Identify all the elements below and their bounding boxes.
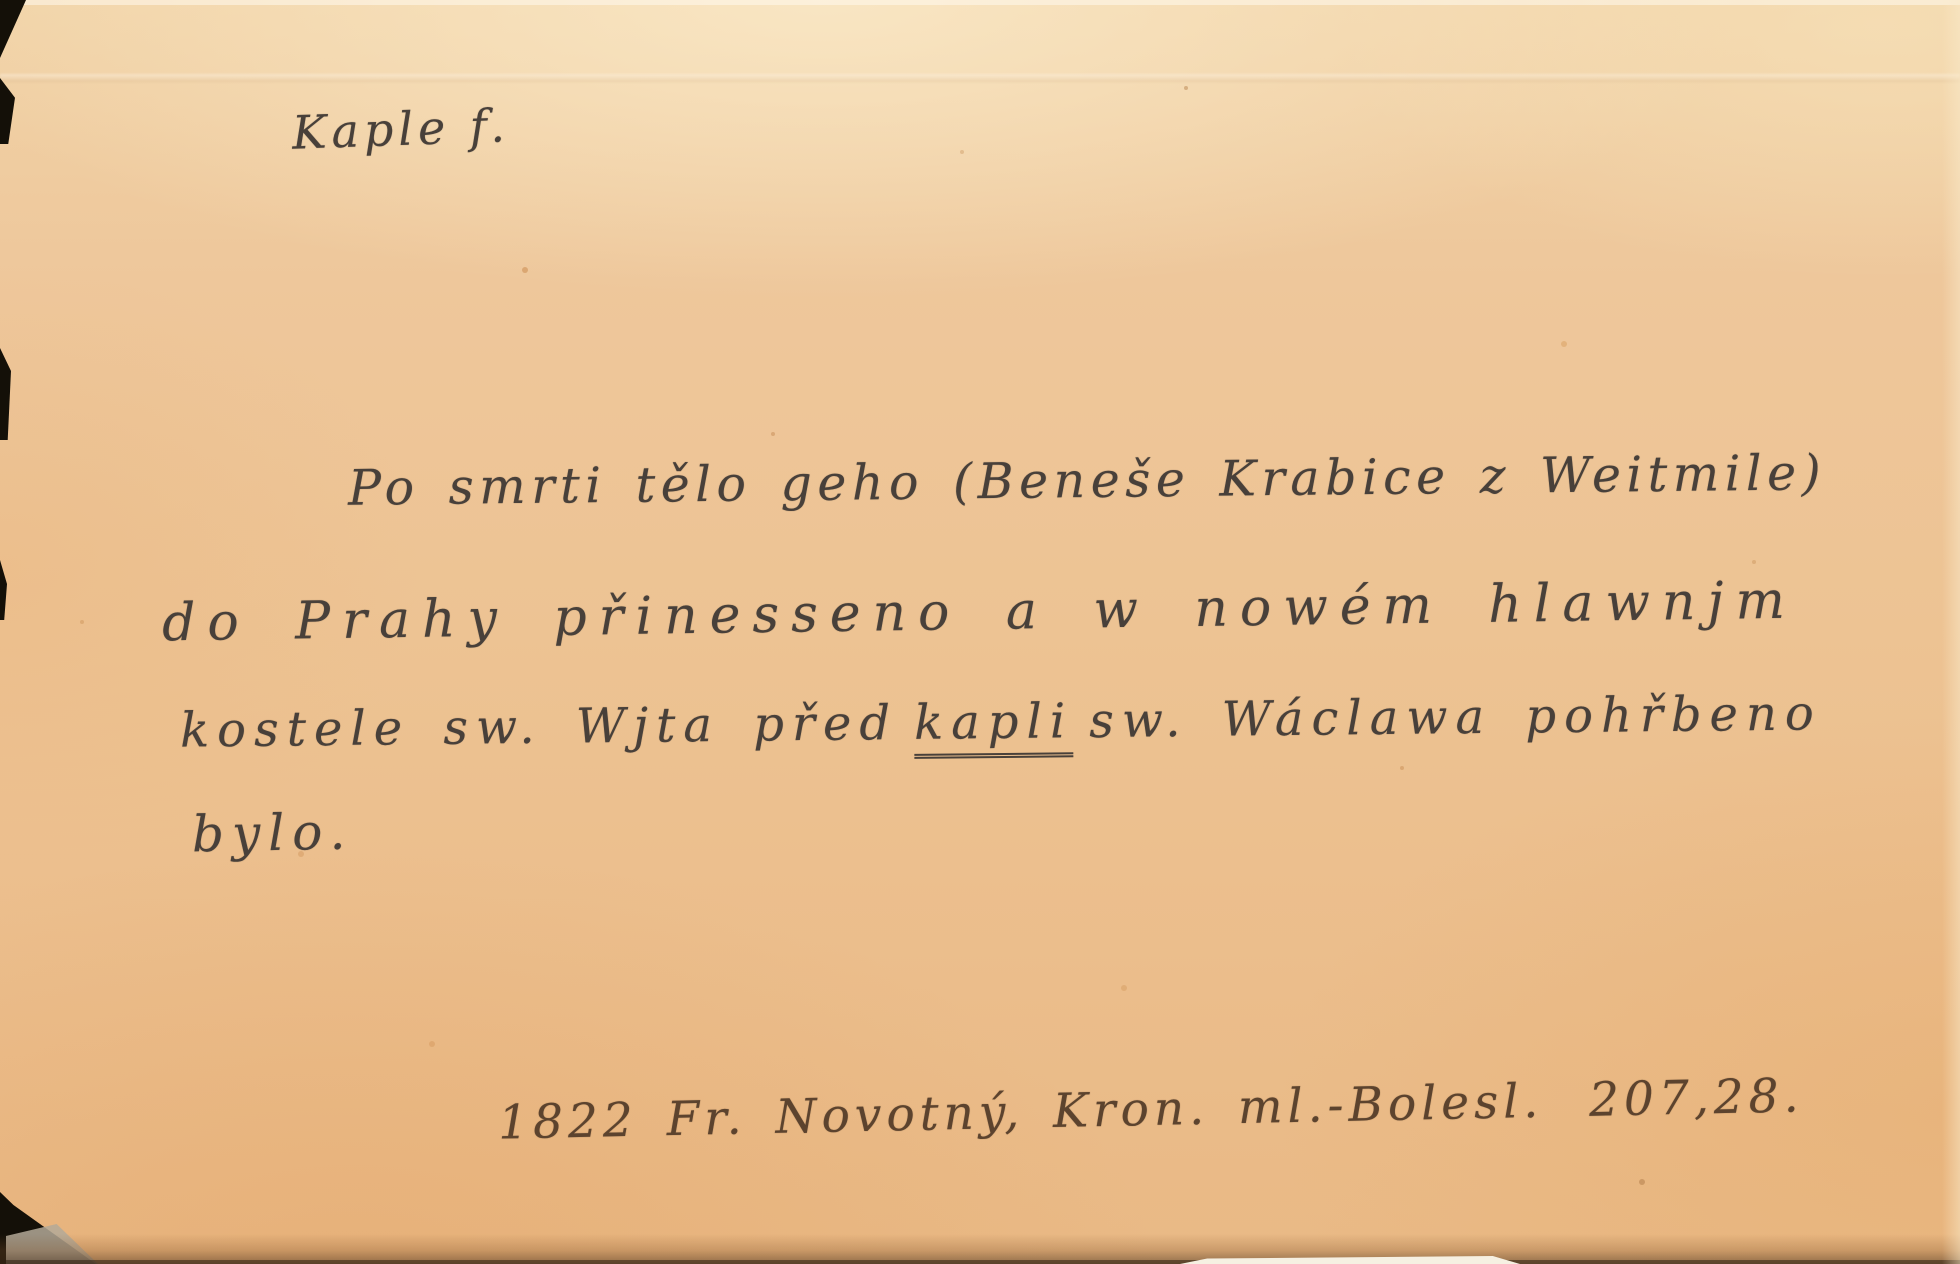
body-line-3-after: sw. Wáclawa pohřbeno: [1089, 685, 1822, 749]
scan-nick-left-1: [0, 78, 15, 144]
paper-top-edge: [0, 0, 1960, 5]
citation-source: 1822 Fr. Novotný, Kron. ml.-Bolesl.: [498, 1074, 1544, 1151]
scan-nick-left-2: [0, 348, 11, 440]
index-card: Kaple f. Po smrti tělo geho (Beneše Krab…: [0, 0, 1960, 1264]
scan-nick-top-left: [0, 0, 26, 58]
body-line-2: do Prahy přinesseno a w nowém hlawnjm: [162, 571, 1798, 654]
scanned-card: Kaple f. Po smrti tělo geho (Beneše Krab…: [0, 0, 1960, 1264]
citation-pages: 207,28.: [1589, 1068, 1805, 1127]
underlined-word-kapli: kapli: [914, 693, 1074, 759]
citation-line: 1822 Fr. Novotný, Kron. ml.-Bolesl.207,2…: [498, 1068, 1804, 1150]
paper-bottom-edge: [0, 1260, 1960, 1264]
paper-right-edge: [1942, 0, 1960, 1264]
body-line-3: kostele sw. Wjta předkaplisw. Wáclawa po…: [180, 685, 1822, 758]
card-heading: Kaple f.: [291, 98, 511, 160]
body-line-3-before: kostele sw. Wjta před: [180, 695, 899, 759]
body-line-1: Po smrti tělo geho (Beneše Krabice z Wei…: [348, 444, 1827, 516]
paper-crease: [0, 74, 1960, 82]
body-line-4: bylo.: [192, 803, 354, 864]
scan-nick-left-3: [0, 560, 7, 620]
